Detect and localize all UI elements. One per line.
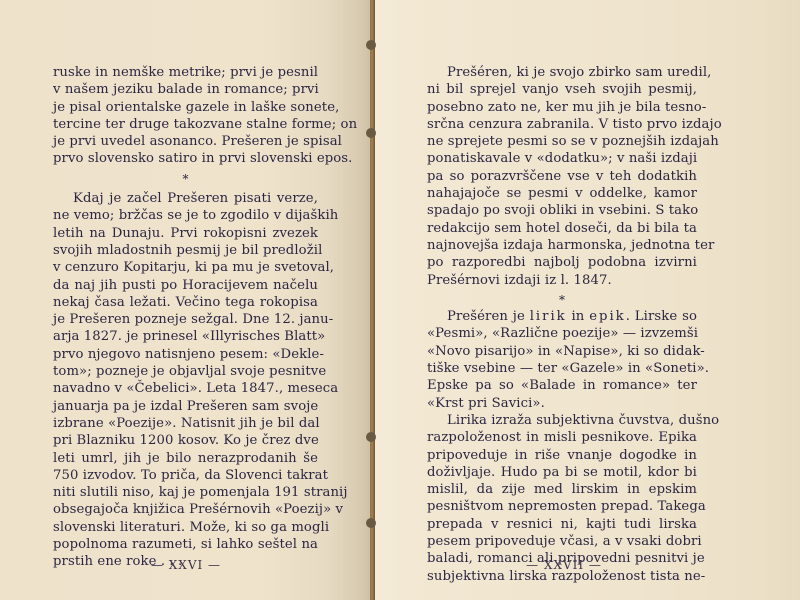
text-line: je Prešeren pozneje sežgal. Dne 12. janu…	[53, 311, 318, 328]
text-line: ni bil sprejel vanjo vseh svojih pesmij,	[427, 81, 697, 98]
text-line: v našem jeziku balade in romance; prvi	[53, 81, 318, 98]
text-line: po razporedbi najbolj podobna izvirni	[427, 254, 697, 271]
page-number-left: — XXVI —	[86, 558, 286, 572]
left-paragraph-1: ruske in nemške metrike; prvi je pesnil …	[53, 64, 318, 168]
text-line: posebno zato ne, ker mu jih je bila tesn…	[427, 99, 697, 116]
book-spread: ruske in nemške metrike; prvi je pesnil …	[0, 0, 800, 600]
text-line: nahajajoče se pesmi v oddelke, kamor	[427, 185, 697, 202]
text-line: tiške vsebine — ter «Gazele» in «Soneti»…	[427, 360, 697, 377]
text-line: ne vemo; bržčas se je to zgodilo v dijaš…	[53, 207, 318, 224]
text-line: 750 izvodov. To priča, da Slovenci takra…	[53, 467, 318, 484]
page-number-right: — XXVII —	[464, 558, 664, 572]
text-line: niti slutili niso, kaj je pomenjala 191 …	[53, 484, 318, 501]
text-line: letih na Dunaju. Prvi rokopisni zvezek	[53, 225, 318, 242]
binding-stitch	[366, 518, 376, 528]
text-line: da naj jih pusti po Horacijevem načelu	[53, 277, 318, 294]
text-line: pripoveduje in riše vnanje dogodke in	[427, 447, 697, 464]
text-fragment: . Lirske so	[626, 309, 697, 324]
text-line: januarja pa je izdal Prešeren sam svoje	[53, 398, 318, 415]
text-line: ruske in nemške metrike; prvi je pesnil	[53, 64, 318, 81]
text-line: ne sprejete pesmi so se v poznejših izda…	[427, 133, 697, 150]
text-line: Kdaj je začel Prešeren pisati verze,	[53, 190, 318, 207]
text-line: prepada v resnici ni, kajti tudi lirska	[427, 516, 697, 533]
right-page: Prešéren, ki je svojo zbirko sam uredil,…	[374, 0, 800, 600]
text-line: navadno v «Čebelici». Leta 1847., meseca	[53, 380, 318, 397]
text-line: je prvi uvedel asonanco. Prešeren je spi…	[53, 133, 318, 150]
text-line: arja 1827. je prinesel «Illyrisches Blat…	[53, 328, 318, 345]
text-line: redakcijo sem hotel doseči, da bi bila t…	[427, 220, 697, 237]
text-line: spadajo po svoji obliki in vsebini. S ta…	[427, 202, 697, 219]
section-separator: *	[427, 289, 697, 306]
text-line: ponatiskavale v «dodatku»; v naši izdaji	[427, 150, 697, 167]
book-binding-gutter	[370, 0, 375, 600]
text-line: slovenski literaturi. Može, ki so ga mog…	[53, 519, 318, 536]
text-line: mislil, da zije med lirskim in epskim	[427, 481, 697, 498]
text-line: Lirika izraža subjektivna čuvstva, dušno	[427, 412, 697, 429]
left-page: ruske in nemške metrike; prvi je pesnil …	[0, 0, 372, 600]
text-line: leti umrl, jih je bilo nerazprodanih še	[53, 450, 318, 467]
text-line: «Pesmi», «Različne poezije» — izvzemši	[427, 325, 697, 342]
spaced-term-epik: epik	[589, 309, 625, 324]
text-line: najnovejša izdaja harmonska, jednotna te…	[427, 237, 697, 254]
text-line: pri Blazniku 1200 kosov. Ko je črez dve	[53, 432, 318, 449]
text-fragment: in	[567, 309, 590, 324]
text-line: izbrane «Poezije». Natisnit jih je bil d…	[53, 415, 318, 432]
spaced-term-lirik: lirik	[530, 309, 567, 324]
text-line: pesem pripoveduje včasi, a v vsaki dobri	[427, 533, 697, 550]
section-separator: *	[53, 168, 318, 185]
right-paragraph-2: Prešéren je lirik in epik. Lirske so «Pe…	[427, 308, 697, 412]
text-line: doživljaje. Hudo pa bi se motil, kdor bi	[427, 464, 697, 481]
text-line: svojih mladostnih pesmij je bil predloži…	[53, 242, 318, 259]
text-line: nekaj časa ležati. Večino tega rokopisa	[53, 294, 318, 311]
text-line: Prešérnovi izdaji iz l. 1847.	[427, 272, 697, 289]
text-line: Prešéren, ki je svojo zbirko sam uredil,	[427, 64, 697, 81]
left-paragraph-2: Kdaj je začel Prešeren pisati verze, ne …	[53, 190, 318, 571]
text-line: Prešéren je lirik in epik. Lirske so	[427, 308, 697, 325]
text-line: tom»; pozneje je objavljal svoje pesnitv…	[53, 363, 318, 380]
text-line: tercine ter druge takozvane stalne forme…	[53, 116, 318, 133]
text-line: Epske pa so «Balade in romance» ter	[427, 377, 697, 394]
text-line: prvo njegovo natisnjeno pesem: «Dekle-	[53, 346, 318, 363]
text-line: je pisal orientalske gazele in laške son…	[53, 99, 318, 116]
text-fragment: Prešéren je	[447, 309, 530, 324]
text-line: «Novo pisarijo» in «Napise», ki so didak…	[427, 343, 697, 360]
text-line: pa so porazvrščene vse v teh dodatkih	[427, 168, 697, 185]
text-line: obsegajoča knjižica Prešérnovih «Poezij»…	[53, 501, 318, 518]
text-line: prvo slovensko satiro in prvi slovenski …	[53, 150, 318, 167]
right-paragraph-1: Prešéren, ki je svojo zbirko sam uredil,…	[427, 64, 697, 289]
text-line: v cenzuro Kopitarju, ki pa mu je svetova…	[53, 259, 318, 276]
binding-stitch	[366, 432, 376, 442]
right-page-text: Prešéren, ki je svojo zbirko sam uredil,…	[427, 64, 697, 585]
text-line: razpoloženost in misli pesnikove. Epika	[427, 429, 697, 446]
binding-stitch	[366, 128, 376, 138]
text-line: «Krst pri Savici».	[427, 395, 697, 412]
text-line: srčna cenzura zabranila. V tisto prvo iz…	[427, 116, 697, 133]
text-line: pesništvom nepremosten prepad. Takega	[427, 498, 697, 515]
binding-stitch	[366, 40, 376, 50]
left-page-text: ruske in nemške metrike; prvi je pesnil …	[53, 64, 318, 571]
text-line: popolnoma razumeti, si lahko seštel na	[53, 536, 318, 553]
